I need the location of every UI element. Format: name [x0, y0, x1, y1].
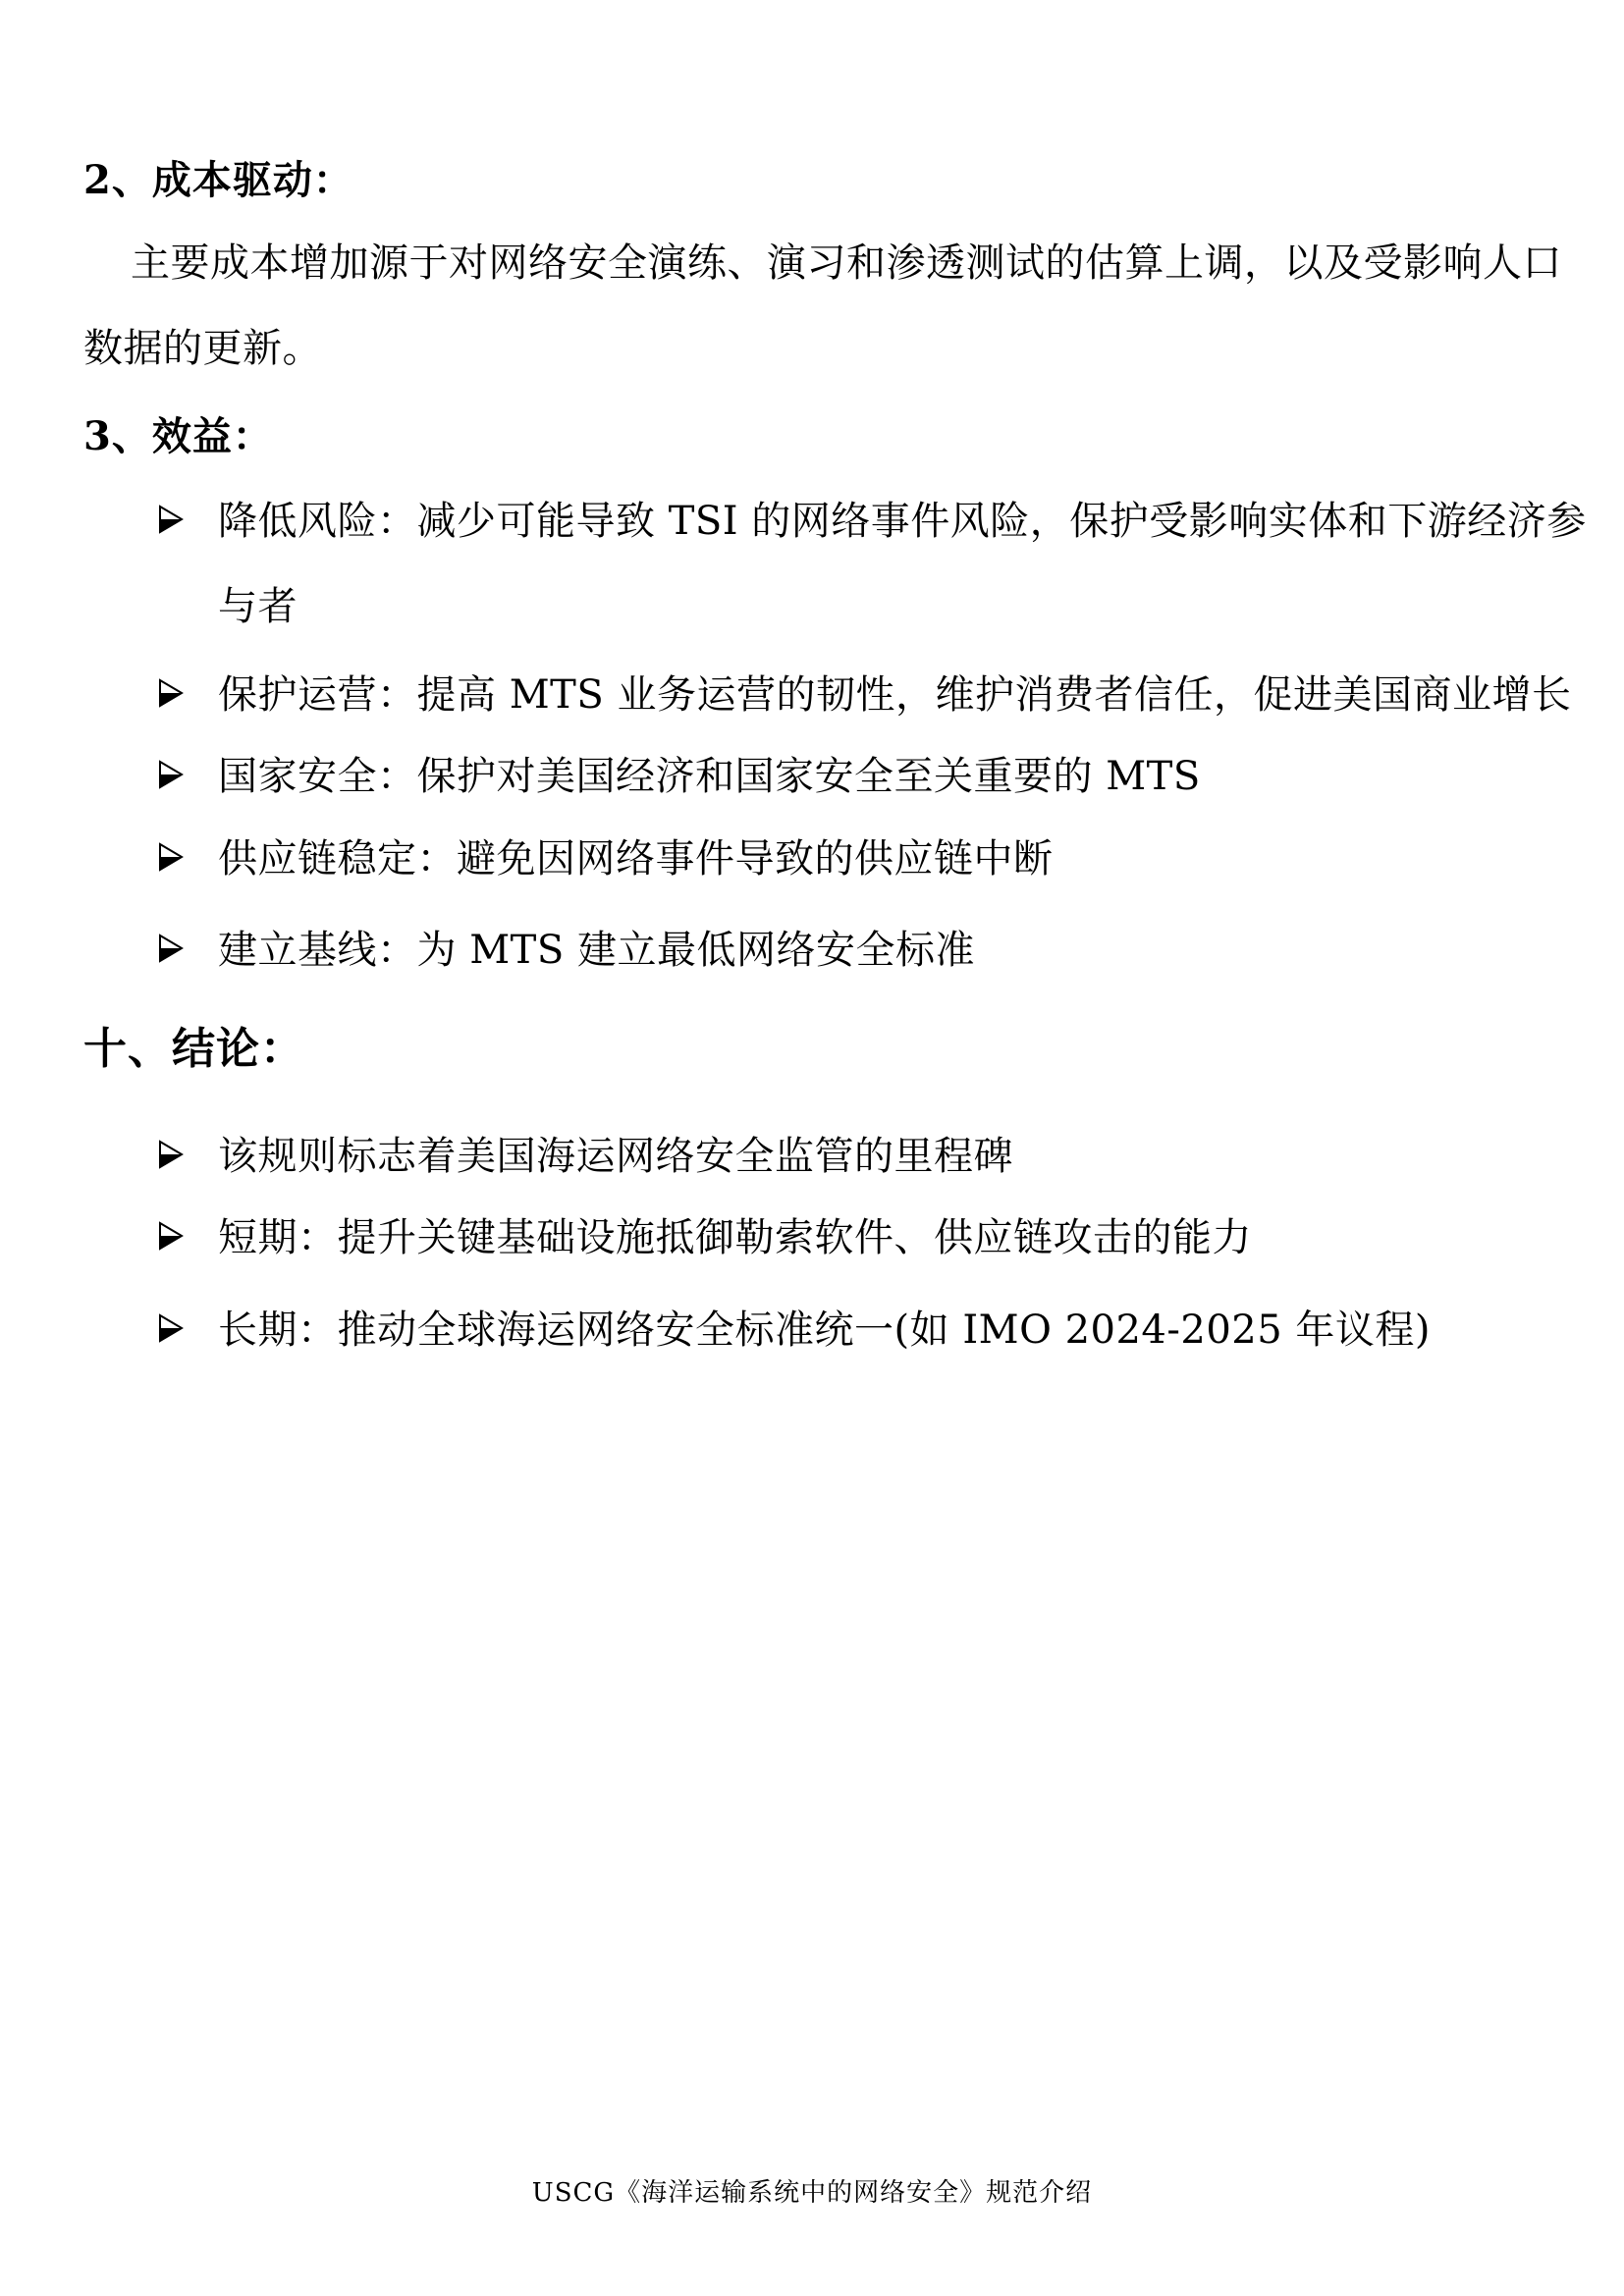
arrowhead-right-icon [157, 841, 185, 873]
arrowhead-right-icon [157, 1312, 185, 1344]
arrowhead-right-icon [157, 677, 185, 709]
arrowhead-right-icon [157, 933, 185, 964]
heading-benefits: 3、效益： [83, 413, 273, 460]
bullet-benefit-4: 供应链稳定：避免因网络事件导致的供应链中断 [218, 835, 1054, 882]
bullet-conclusion-1: 该规则标志着美国海运网络安全监管的里程碑 [218, 1133, 1013, 1180]
document-page: 2、成本驱动： 主要成本增加源于对网络安全演练、演习和渗透测试的估算上调，以及受… [0, 0, 1624, 2296]
bullet-benefit-2: 保护运营：提高 MTS 业务运营的韧性，维护消费者信任，促进美国商业增长 [218, 671, 1571, 719]
bullet-conclusion-2: 短期：提升关键基础设施抵御勒索软件、供应链攻击的能力 [218, 1214, 1252, 1261]
bullet-benefit-1-line-2: 与者 [218, 583, 298, 630]
bullet-benefit-1-line-1: 降低风险：减少可能导致 TSI 的网络事件风险，保护受影响实体和下游经济参 [218, 498, 1587, 545]
bullet-conclusion-3: 长期：推动全球海运网络安全标准统一(如 IMO 2024-2025 年议程) [218, 1307, 1431, 1354]
heading-conclusion: 十、结论： [83, 1026, 304, 1073]
page-footer: USCG《海洋运输系统中的网络安全》规范介绍 [0, 2177, 1624, 2209]
paragraph-cost-line-1: 主要成本增加源于对网络安全演练、演习和渗透测试的估算上调，以及受影响人口 [131, 240, 1562, 287]
bullet-benefit-5: 建立基线：为 MTS 建立最低网络安全标准 [218, 927, 975, 974]
arrowhead-right-icon [157, 504, 185, 535]
paragraph-cost-line-2: 数据的更新。 [83, 325, 322, 372]
bullet-benefit-3: 国家安全：保护对美国经济和国家安全至关重要的 MTS [218, 753, 1201, 800]
arrowhead-right-icon [157, 1220, 185, 1252]
arrowhead-right-icon [157, 1139, 185, 1170]
heading-cost-drivers: 2、成本驱动： [83, 157, 353, 204]
arrowhead-right-icon [157, 759, 185, 790]
